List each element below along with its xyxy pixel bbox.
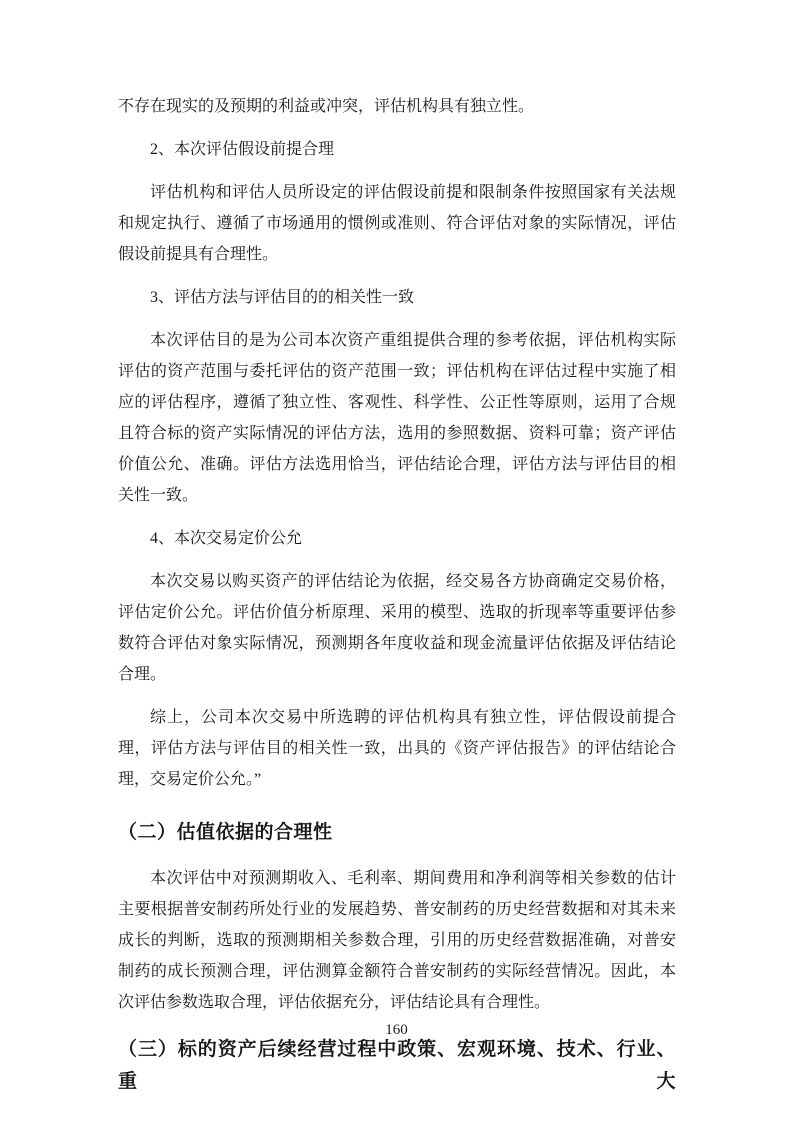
subheading-item-4: 4、本次交易定价公允 bbox=[118, 523, 676, 554]
paragraph-valuation-basis: 本次评估中对预测期收入、毛利率、期间费用和净利润等相关参数的估计主要根据普安制药… bbox=[118, 863, 676, 1018]
paragraph-pricing-fairness: 本次交易以购买资产的评估结论为依据，经交易各方协商确定交易价格，评估定价公允。评… bbox=[118, 566, 676, 690]
section-heading-2: （二）估值依据的合理性 bbox=[118, 817, 676, 849]
paragraph-method-relevance: 本次评估目的是为公司本次资产重组提供合理的参考依据，评估机构实际评估的资产范围与… bbox=[118, 325, 676, 511]
subheading-item-3: 3、评估方法与评估目的的相关性一致 bbox=[118, 282, 676, 313]
subheading-item-2: 2、本次评估假设前提合理 bbox=[118, 134, 676, 165]
page-number: 160 bbox=[0, 1022, 793, 1039]
paragraph-assumptions: 评估机构和评估人员所设定的评估假设前提和限制条件按照国家有关法规和规定执行、遵循… bbox=[118, 177, 676, 270]
continued-paragraph: 不存在现实的及预期的利益或冲突，评估机构具有独立性。 bbox=[118, 91, 676, 122]
document-content: 不存在现实的及预期的利益或冲突，评估机构具有独立性。 2、本次评估假设前提合理 … bbox=[118, 91, 676, 1098]
section-heading-3: （三）标的资产后续经营过程中政策、宏观环境、技术、行业、重大 bbox=[118, 1034, 676, 1098]
document-page: 不存在现实的及预期的利益或冲突，评估机构具有独立性。 2、本次评估假设前提合理 … bbox=[0, 0, 793, 1122]
paragraph-summary: 综上，公司本次交易中所选聘的评估机构具有独立性，评估假设前提合理，评估方法与评估… bbox=[118, 702, 676, 795]
